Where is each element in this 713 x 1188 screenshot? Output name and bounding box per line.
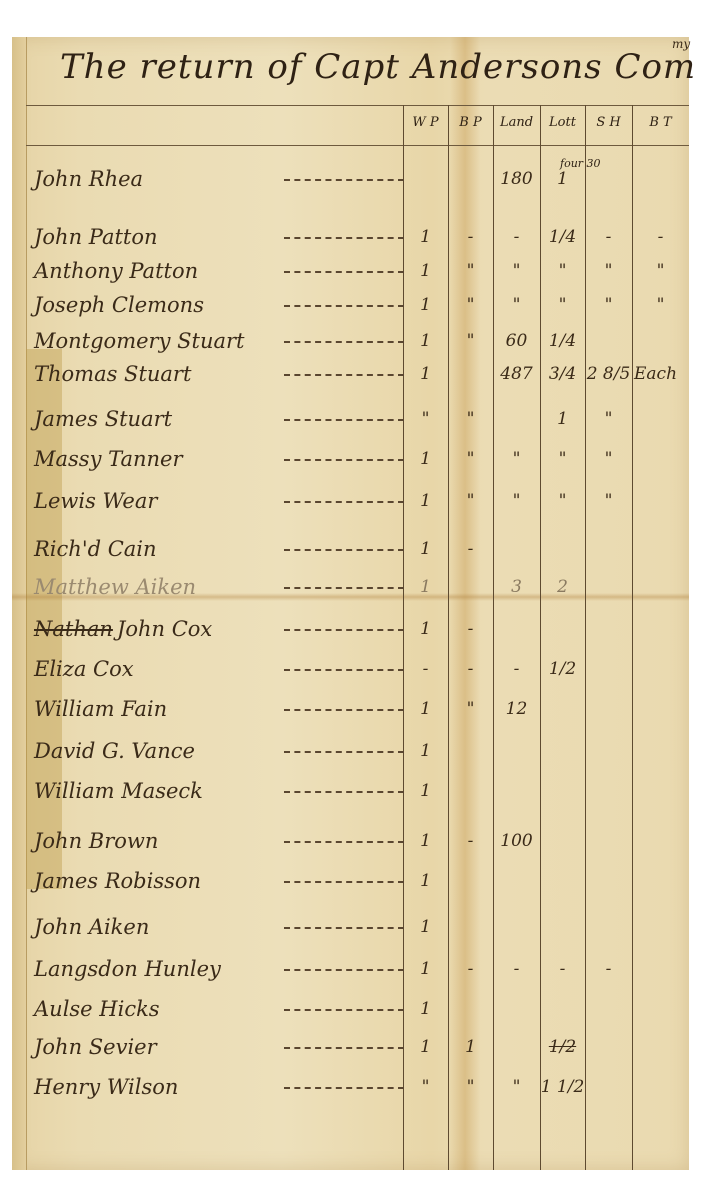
cell-land: - [493,227,540,247]
dash-leader [284,1047,404,1050]
dash-leader [284,709,404,712]
person-name-text: Massy Tanner [34,447,183,471]
cell-wp: 1 [403,449,448,469]
cell-lott: " [540,491,585,511]
column-header-wp: W P [403,115,448,130]
person-name: James Robisson [34,869,201,893]
person-name-text: Lewis Wear [34,489,157,513]
dash-leader [284,501,404,504]
cell-bt: Each [634,364,691,384]
cell-land: 487 [493,364,540,384]
dash-leader [284,305,404,308]
cell-sh: - [585,227,632,247]
person-name-text: John Patton [34,225,158,249]
person-name: Massy Tanner [34,447,183,471]
cell-wp: " [403,409,448,429]
cell-wp: 1 [403,295,448,315]
roster-row: John Aiken1 [12,915,689,945]
cell-lott: 1/4 [540,227,585,247]
roster-row: Henry Wilson"""1 1/2 [12,1075,689,1105]
cell-wp: 1 [403,539,448,559]
dash-leader [284,419,404,422]
roster-row: John Rhea1801four 30 [12,167,689,197]
roster-row: John Sevier111/2 [12,1035,689,1065]
cell-wp: 1 [403,999,448,1019]
roster-row: Massy Tanner1"""" [12,447,689,477]
person-name: Rich'd Cain [34,537,157,561]
dash-leader [284,341,404,344]
dash-leader [284,374,404,377]
person-name-text: John Rhea [34,167,143,191]
person-name: John Patton [34,225,158,249]
cell-bt: " [632,261,689,281]
dash-leader [284,459,404,462]
lott-annotation: four 30 [560,157,601,170]
cell-wp: 1 [403,577,448,597]
cell-land: 100 [493,831,540,851]
struck-out-name: Nathan [34,617,113,641]
person-name: Montgomery Stuart [34,329,244,353]
cell-land: " [493,261,540,281]
column-header-land: Land [493,115,540,130]
roster-row: Langsdon Hunley1---- [12,957,689,987]
roster-row: Joseph Clemons1""""" [12,293,689,323]
roster-row: John Brown1-100 [12,829,689,859]
cell-land: " [493,295,540,315]
cell-bp: " [448,491,493,511]
person-name-text: John Brown [34,829,158,853]
person-name-text: James Stuart [34,407,172,431]
roster-row: John Patton1--1/4-- [12,225,689,255]
person-name-text: Langsdon Hunley [34,957,221,981]
cell-sh: " [585,409,632,429]
person-name-text: William Maseck [34,779,203,803]
cell-wp: - [403,659,448,679]
cell-land: - [493,659,540,679]
dash-leader [284,791,404,794]
cell-lott: 2 [540,577,585,597]
person-name: Matthew Aiken [34,575,196,599]
roster-row: William Maseck1 [12,779,689,809]
dash-leader [284,237,404,240]
person-name: Joseph Clemons [34,293,204,317]
cell-lott: " [540,295,585,315]
cell-lott: 1/2 [540,1037,585,1057]
cell-bp: " [448,295,493,315]
cell-lott: " [540,449,585,469]
roster-row: Eliza Cox---1/2 [12,657,689,687]
cell-wp: 1 [403,491,448,511]
cell-sh: 2 8/5 [585,364,632,384]
dash-leader [284,1087,404,1090]
person-name-text: Aulse Hicks [34,997,160,1021]
dash-leader [284,841,404,844]
cell-wp: 1 [403,699,448,719]
title-superscript: my [672,37,690,51]
person-name-text: Henry Wilson [34,1075,178,1099]
cell-sh: " [585,261,632,281]
header-rule-top [26,105,689,106]
cell-land: " [493,1077,540,1097]
cell-sh: " [585,295,632,315]
cell-sh: " [585,449,632,469]
cell-lott: " [540,261,585,281]
person-name: John Brown [34,829,158,853]
person-name: John Sevier [34,1035,157,1059]
cell-bp: " [448,261,493,281]
person-name-text: David G. Vance [34,739,195,763]
person-name: NathanJohn Cox [34,617,212,641]
dash-leader [284,179,404,182]
roster-row: Matthew Aiken132 [12,575,689,605]
dash-leader [284,629,404,632]
person-name: William Maseck [34,779,203,803]
cell-wp: 1 [403,871,448,891]
cell-land: 60 [493,331,540,351]
roster-row: Anthony Patton1""""" [12,259,689,289]
cell-bp: - [448,959,493,979]
cell-wp: 1 [403,917,448,937]
roster-row: Lewis Wear1"""" [12,489,689,519]
cell-bp: - [448,539,493,559]
dash-leader [284,969,404,972]
person-name: Thomas Stuart [34,362,191,386]
column-header-bt: B T [632,115,689,130]
cell-lott: 1 [540,409,585,429]
roster-row: Rich'd Cain1- [12,537,689,567]
person-name-text: William Fain [34,697,167,721]
roster-row: Montgomery Stuart1"601/4 [12,329,689,359]
cell-lott: 1/4 [540,331,585,351]
person-name: Anthony Patton [34,259,198,283]
person-name-text: Eliza Cox [34,657,134,681]
dash-leader [284,669,404,672]
person-name: Henry Wilson [34,1075,178,1099]
cell-bp: - [448,659,493,679]
person-name-text: Joseph Clemons [34,293,204,317]
cell-bt: " [632,295,689,315]
person-name-text: John Cox [117,617,212,641]
roster-row: James Stuart""1" [12,407,689,437]
manuscript-page: The return of Capt Andersons Com my W P … [12,37,689,1170]
header-rule-bottom [26,145,689,146]
cell-wp: 1 [403,331,448,351]
cell-lott: 1 1/2 [540,1077,585,1097]
cell-lott: - [540,959,585,979]
cell-lott: 1 [540,169,585,189]
cell-bp: - [448,831,493,851]
dash-leader [284,271,404,274]
person-name-text: Montgomery Stuart [34,329,244,353]
cell-lott: 3/4 [540,364,585,384]
cell-land: " [493,491,540,511]
cell-bp: " [448,449,493,469]
person-name-text: John Aiken [34,915,149,939]
person-name-text: Thomas Stuart [34,362,191,386]
cell-wp: 1 [403,741,448,761]
person-name: James Stuart [34,407,172,431]
person-name-text: John Sevier [34,1035,157,1059]
person-name: John Aiken [34,915,149,939]
roster-row: Thomas Stuart14873/42 8/5Each [12,362,689,392]
roster-row: James Robisson1 [12,869,689,899]
cell-bp: " [448,409,493,429]
cell-wp: " [403,1077,448,1097]
cell-wp: 1 [403,781,448,801]
person-name: Aulse Hicks [34,997,160,1021]
roster-row: NathanJohn Cox1- [12,617,689,647]
person-name-text: James Robisson [34,869,201,893]
dash-leader [284,751,404,754]
person-name: Eliza Cox [34,657,134,681]
cell-sh: - [585,959,632,979]
person-name-text: Matthew Aiken [34,575,196,599]
roster-row: David G. Vance1 [12,739,689,769]
dash-leader [284,587,404,590]
cell-land: 180 [493,169,540,189]
cell-bt: - [632,227,689,247]
dash-leader [284,1009,404,1012]
person-name: David G. Vance [34,739,195,763]
cell-bp: - [448,227,493,247]
cell-wp: 1 [403,831,448,851]
cell-wp: 1 [403,261,448,281]
cell-lott: 1/2 [540,659,585,679]
person-name: John Rhea [34,167,143,191]
cell-wp: 1 [403,364,448,384]
person-name: Lewis Wear [34,489,157,513]
cell-bp: 1 [448,1037,493,1057]
cell-land: - [493,959,540,979]
cell-sh: " [585,491,632,511]
column-header-sh: S H [585,115,632,130]
column-header-lott: Lott [540,115,585,130]
cell-bp: " [448,1077,493,1097]
person-name-text: Rich'd Cain [34,537,157,561]
dash-leader [284,549,404,552]
column-header-bp: B P [448,115,493,130]
cell-wp: 1 [403,959,448,979]
dash-leader [284,927,404,930]
roster-row: William Fain1"12 [12,697,689,727]
cell-bp: " [448,699,493,719]
person-name: William Fain [34,697,167,721]
cell-bp: " [448,331,493,351]
cell-land: 12 [493,699,540,719]
cell-land: 3 [493,577,540,597]
person-name: Langsdon Hunley [34,957,221,981]
roster-row: Aulse Hicks1 [12,997,689,1027]
person-name-text: Anthony Patton [34,259,198,283]
document-title: The return of Capt Andersons Com [60,47,696,87]
cell-bp: - [448,619,493,639]
cell-wp: 1 [403,619,448,639]
cell-wp: 1 [403,227,448,247]
dash-leader [284,881,404,884]
cell-wp: 1 [403,1037,448,1057]
cell-land: " [493,449,540,469]
